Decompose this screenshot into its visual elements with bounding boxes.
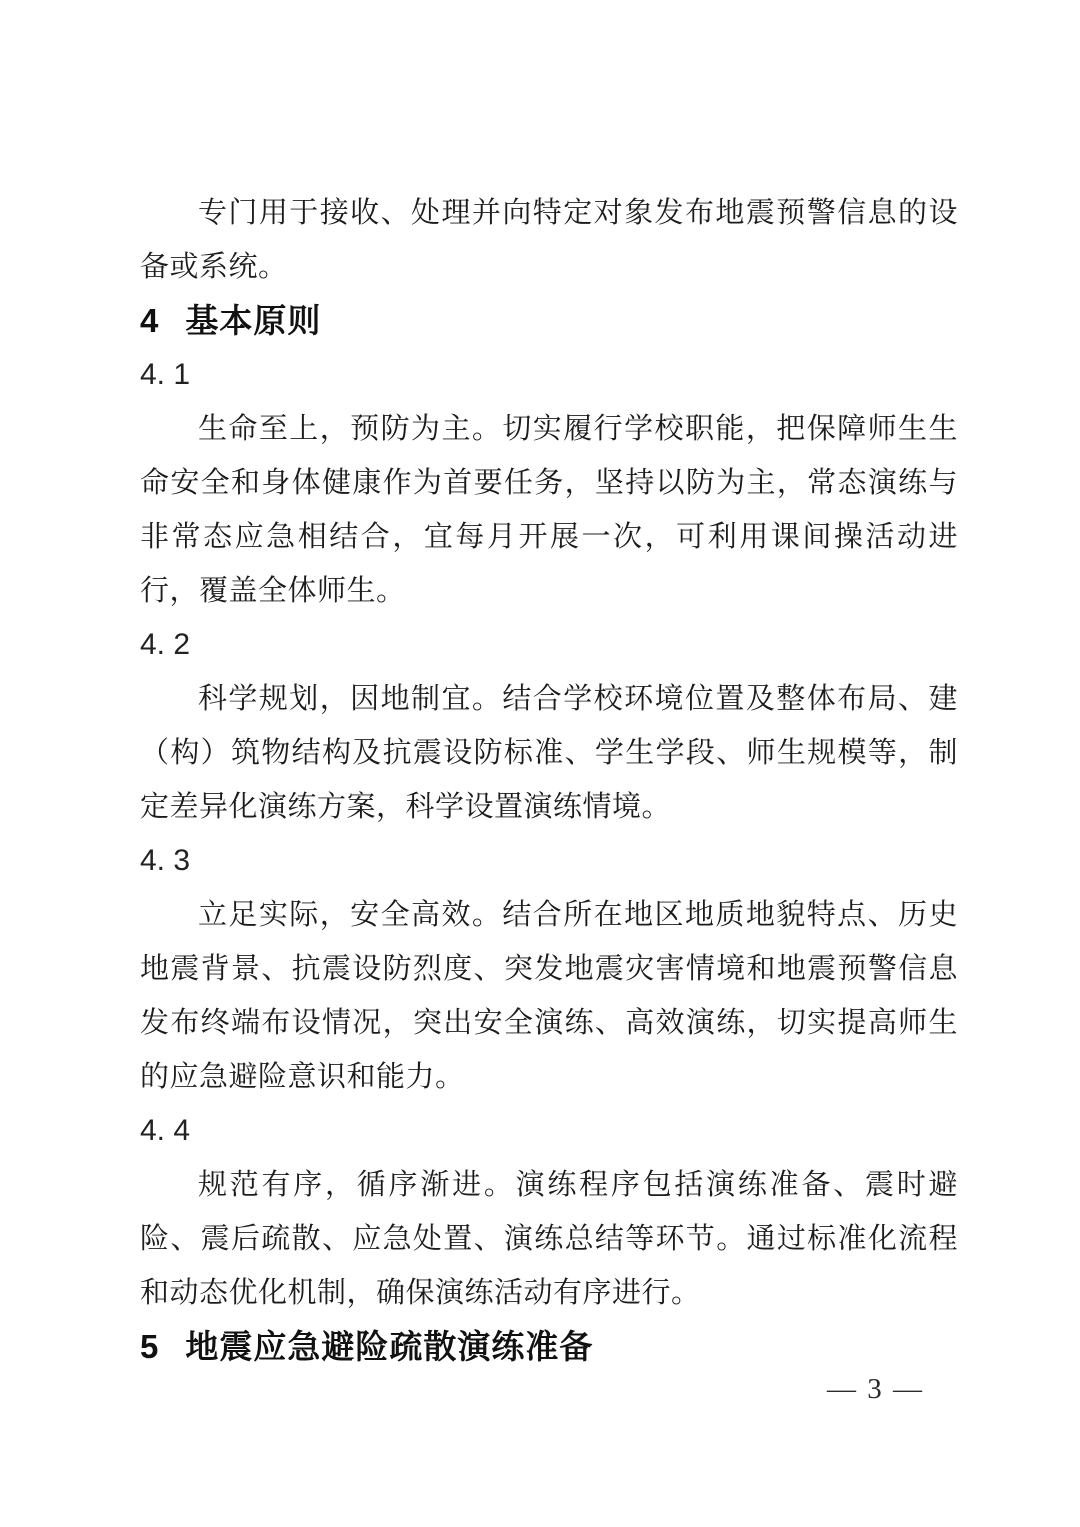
page-number: — 3 — — [827, 1372, 924, 1406]
clause-4-3-number: 4. 3 — [140, 834, 958, 888]
clause-4-4-number: 4. 4 — [140, 1104, 958, 1158]
clause-4-2-number: 4. 2 — [140, 618, 958, 672]
section-5-heading: 5地震应急避险疏散演练准备 — [140, 1320, 958, 1374]
intro-paragraph: 专门用于接收、处理并向特定对象发布地震预警信息的设备或系统。 — [140, 186, 958, 294]
clause-4-3: 4. 3 立足实际，安全高效。结合所在地区地质地貌特点、历史地震背景、抗震设防烈… — [140, 834, 958, 1104]
document-page: 专门用于接收、处理并向特定对象发布地震预警信息的设备或系统。 4基本原则 4. … — [0, 0, 1080, 1527]
section-4-heading: 4基本原则 — [140, 294, 958, 348]
clause-4-1-text: 生命至上，预防为主。切实履行学校职能，把保障师生生命安全和身体健康作为首要任务，… — [140, 402, 958, 618]
clause-4-3-text: 立足实际，安全高效。结合所在地区地质地貌特点、历史地震背景、抗震设防烈度、突发地… — [140, 888, 958, 1104]
clause-4-1: 4. 1 生命至上，预防为主。切实履行学校职能，把保障师生生命安全和身体健康作为… — [140, 348, 958, 618]
section-4-title: 基本原则 — [185, 302, 321, 339]
document-content: 专门用于接收、处理并向特定对象发布地震预警信息的设备或系统。 4基本原则 4. … — [140, 186, 958, 1374]
clause-4-4: 4. 4 规范有序，循序渐进。演练程序包括演练准备、震时避险、震后疏散、应急处置… — [140, 1104, 958, 1320]
clause-4-1-number: 4. 1 — [140, 348, 958, 402]
section-5-number: 5 — [140, 1320, 159, 1374]
clause-4-2-text: 科学规划，因地制宜。结合学校环境位置及整体布局、建（构）筑物结构及抗震设防标准、… — [140, 672, 958, 834]
clause-4-4-text: 规范有序，循序渐进。演练程序包括演练准备、震时避险、震后疏散、应急处置、演练总结… — [140, 1158, 958, 1320]
clause-4-2: 4. 2 科学规划，因地制宜。结合学校环境位置及整体布局、建（构）筑物结构及抗震… — [140, 618, 958, 834]
section-5-title: 地震应急避险疏散演练准备 — [185, 1328, 593, 1365]
section-4-number: 4 — [140, 294, 159, 348]
